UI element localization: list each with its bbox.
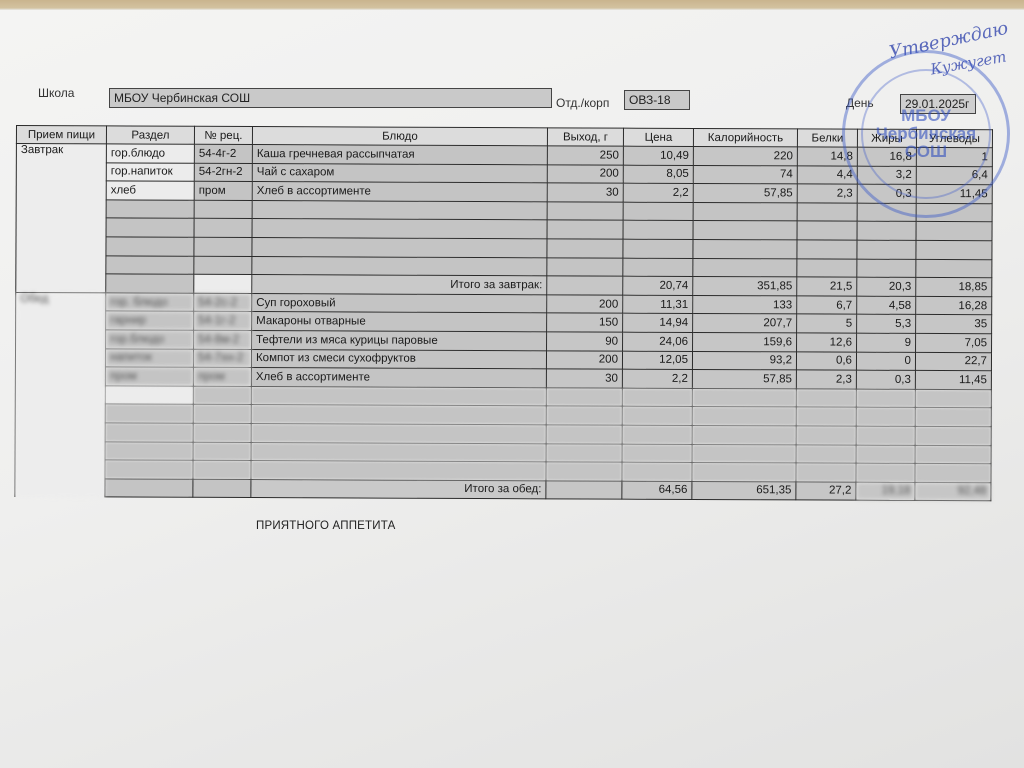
col-fat: Жиры: [857, 129, 916, 147]
recipe-cell: 54-2с-2: [194, 293, 252, 312]
breakfast-total-protein: 21,5: [797, 277, 857, 296]
yield-cell: 90: [547, 332, 623, 351]
recipe-cell: 54-2гн-2: [194, 163, 252, 182]
lunch-total-price: 64,56: [622, 481, 692, 500]
section-cell: гор.блюдо: [106, 330, 194, 349]
price-cell: 14,94: [623, 313, 693, 332]
kcal-cell: 133: [693, 295, 797, 314]
breakfast-total-carbs: 18,85: [916, 278, 992, 297]
dish-cell: Макароны отварные: [252, 312, 547, 332]
carbs-cell: 7,05: [916, 333, 992, 352]
kcal-cell: 93,2: [692, 351, 796, 370]
kcal-cell: 57,85: [692, 370, 796, 389]
yield-cell: 30: [546, 369, 622, 388]
carbs-cell: 11,45: [916, 185, 992, 204]
col-kcal: Калорийность: [693, 128, 797, 146]
dish-cell: Хлеб в ассортименте: [252, 182, 547, 202]
carbs-cell: 22,7: [915, 352, 991, 371]
protein-cell: 2,3: [796, 370, 856, 389]
recipe-cell: 54-4г-2: [194, 144, 252, 163]
meal-lunch: Обед: [15, 292, 106, 497]
protein-cell: 5: [797, 314, 857, 333]
dish-cell: Суп гороховый: [252, 293, 547, 313]
dish-cell: Чай с сахаром: [252, 163, 547, 183]
protein-cell: 2,3: [797, 184, 857, 203]
dish-cell: Каша гречневая рассыпчатая: [252, 145, 547, 165]
section-cell: гор.блюдо: [106, 144, 194, 163]
kcal-cell: 220: [693, 146, 797, 165]
section-cell: гор.напиток: [106, 162, 194, 181]
price-cell: 8,05: [623, 165, 693, 184]
fat-cell: 0: [856, 352, 915, 371]
kcal-cell: 74: [693, 165, 797, 184]
protein-cell: 12,6: [797, 333, 857, 352]
protein-cell: 0,6: [796, 351, 856, 370]
yield-cell: 200: [546, 350, 622, 369]
meal-breakfast: Завтрак: [16, 144, 107, 293]
fat-cell: 5,3: [857, 315, 916, 334]
col-section: Раздел: [106, 126, 194, 144]
section-cell: напиток: [105, 348, 193, 367]
footer-message: ПРИЯТНОГО АППЕТИТА: [256, 520, 395, 532]
col-dish: Блюдо: [252, 127, 547, 146]
lunch-total-carbs: 92,48: [915, 482, 991, 501]
recipe-cell: пром: [193, 367, 251, 386]
fat-cell: 9: [857, 333, 916, 352]
dept-value: ОВЗ-18: [624, 90, 690, 110]
section-cell: гарнир: [106, 311, 194, 330]
col-meal: Прием пищи: [16, 126, 106, 144]
lunch-total-kcal: 651,35: [692, 481, 796, 500]
dish-cell: Хлеб в ассортименте: [251, 368, 546, 388]
breakfast-total-price: 20,74: [623, 276, 693, 295]
yield-cell: 150: [547, 313, 623, 332]
kcal-cell: 159,6: [693, 332, 797, 351]
day-label: День: [846, 96, 874, 110]
fat-cell: 3,2: [857, 166, 916, 185]
col-protein: Белки: [797, 129, 857, 147]
price-cell: 12,05: [622, 351, 692, 370]
col-yield: Выход, г: [547, 128, 623, 146]
recipe-cell: пром: [194, 181, 252, 200]
lunch-total-fat: 19,18: [856, 482, 915, 501]
col-carbs: Углеводы: [916, 129, 992, 147]
school-label: Школа: [38, 86, 74, 100]
fat-cell: 4,58: [857, 296, 916, 315]
dish-cell: Тефтели из мяса курицы паровые: [252, 330, 547, 350]
yield-cell: 30: [547, 183, 623, 202]
breakfast-total-fat: 20,3: [857, 277, 916, 296]
fat-cell: 0,3: [856, 370, 915, 389]
recipe-cell: 54-8м-2: [194, 330, 252, 349]
carbs-cell: 1: [916, 147, 992, 166]
breakfast-total-label: Итого за завтрак:: [252, 275, 547, 295]
carbs-cell: 16,28: [916, 296, 992, 315]
kcal-cell: 207,7: [693, 314, 797, 333]
section-cell: хлеб: [106, 181, 194, 200]
lunch-total-protein: 27,2: [796, 482, 856, 501]
col-price: Цена: [623, 128, 693, 146]
school-value: МБОУ Чербинская СОШ: [109, 88, 552, 108]
day-value: 29.01.2025г: [900, 94, 976, 114]
section-cell: пром: [105, 367, 193, 386]
fat-cell: 0,3: [857, 184, 916, 203]
fat-cell: 16,8: [857, 147, 916, 166]
price-cell: 10,49: [623, 146, 693, 165]
carbs-cell: 35: [916, 315, 992, 334]
menu-table: Прием пищи Раздел № рец. Блюдо Выход, г …: [14, 125, 993, 502]
price-cell: 2,2: [623, 183, 693, 202]
dept-label: Отд./корп: [556, 96, 609, 110]
dish-cell: Компот из смеси сухофруктов: [251, 349, 546, 369]
carbs-cell: 6,4: [916, 166, 992, 185]
yield-cell: 200: [547, 164, 623, 183]
protein-cell: 14,8: [797, 147, 857, 166]
price-cell: 24,06: [623, 332, 693, 351]
carbs-cell: 11,45: [915, 371, 991, 390]
breakfast-total-kcal: 351,85: [693, 277, 797, 296]
menu-sheet: Школа МБОУ Чербинская СОШ Отд./корп ОВЗ-…: [0, 10, 1024, 768]
kcal-cell: 57,85: [693, 184, 797, 203]
recipe-cell: 54-7хн-2: [193, 349, 251, 368]
lunch-total-label: Итого за обед:: [251, 479, 546, 499]
section-cell: гор. блюдо: [106, 293, 194, 312]
recipe-cell: 54-1г-2: [194, 312, 252, 331]
yield-cell: 250: [547, 146, 623, 165]
col-recipe: № рец.: [194, 126, 252, 144]
yield-cell: 200: [547, 295, 623, 314]
protein-cell: 4,4: [797, 166, 857, 185]
price-cell: 2,2: [622, 369, 692, 388]
price-cell: 11,31: [623, 295, 693, 314]
protein-cell: 6,7: [797, 296, 857, 315]
